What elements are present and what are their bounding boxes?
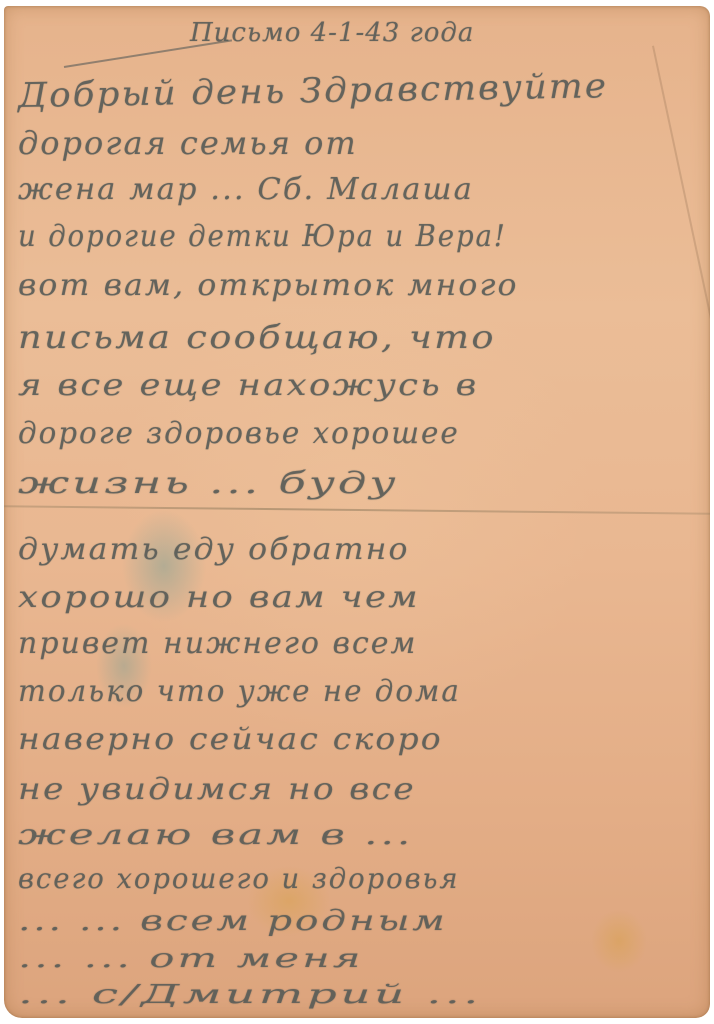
letter-line: и дорогие детки Юра и Вера! [18, 219, 507, 254]
letter-line: Добрый день Здравствуйте [18, 66, 609, 116]
letter-line: не увидимся но все [18, 772, 416, 807]
corner-crease [652, 46, 710, 369]
letter-header: Письмо 4-1-43 года [190, 18, 474, 48]
letter-line: ... ... от меня [18, 944, 364, 974]
fold-crease [4, 505, 710, 514]
letter-line: привет нижнего всем [18, 626, 417, 661]
postcard: Письмо 4-1-43 года Добрый день Здравству… [4, 6, 710, 1018]
letter-line: я все еще нахожусь в [18, 368, 479, 403]
letter-line: ... с/Дмитрий ... [18, 980, 482, 1010]
letter-line: ... ... всем родным [18, 904, 448, 937]
letter-line: дороге здоровье хорошее [18, 416, 460, 451]
letter-line: хорошо но вам чем [18, 580, 420, 615]
letter-line: жена мар ... Сб. Малаша [18, 172, 474, 207]
letter-line: желаю вам в ... [18, 818, 413, 851]
letter-line: думать еду обратно [18, 532, 410, 567]
letter-line: жизнь ... буду [18, 466, 399, 501]
letter-line: наверно сейчас скоро [18, 722, 443, 757]
letter-line: всего хорошего и здоровья [18, 862, 460, 895]
letter-line: вот вам, открыток много [18, 268, 519, 303]
letter-line: письма сообщаю, что [18, 318, 496, 356]
letter-line: только что уже не дома [18, 674, 461, 709]
letter-line: дорогая семья от [18, 124, 358, 162]
